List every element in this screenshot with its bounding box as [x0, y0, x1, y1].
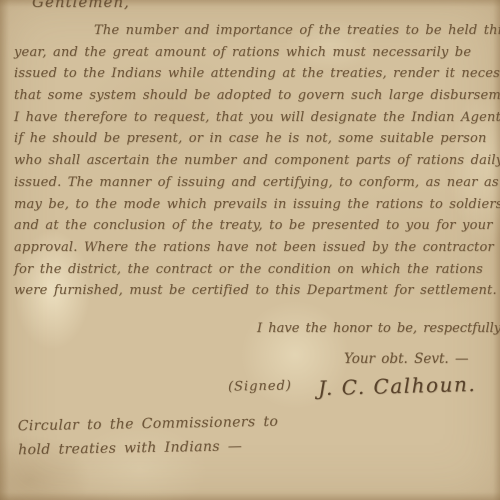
letter-body-line: issued to the Indians while attending at…: [14, 66, 492, 88]
letter-docket-note: Circular to the Commissioners to hold tr…: [18, 414, 279, 466]
letter-body: The number and importance of the treatie…: [14, 23, 492, 305]
signed-annotation: (Signed): [228, 378, 292, 394]
letter-body-line: that some system should be adopted to go…: [14, 88, 492, 110]
letter-body-line: I have therefore to request, that you wi…: [14, 110, 492, 132]
letter-body-line: approval. Where the rations have not bee…: [14, 240, 492, 262]
letter-body-line: who shall ascertain the number and compo…: [14, 153, 492, 175]
letter-closing-servant-line: Your obt. Sevt. —: [344, 351, 468, 367]
letter-body-line: issued. The manner of issuing and certif…: [14, 175, 492, 197]
letter-body-line: for the district, the contract or the co…: [14, 262, 492, 284]
letter-body-line: year, and the great amount of rations wh…: [14, 45, 492, 67]
letter-body-line: may be, to the mode which prevails in is…: [14, 197, 492, 219]
signature-j-c-calhoun: J. C. Calhoun.: [318, 372, 477, 400]
letter-body-line: if he should be present, or in case he i…: [14, 131, 492, 153]
letter-body-line: and at the conclusion of the treaty, to …: [14, 218, 492, 240]
letter-body-line: were furnished, must be certified to thi…: [14, 283, 492, 305]
letter-body-line: The number and importance of the treatie…: [14, 23, 492, 45]
letter-closing-honor-line: I have the honor to be, respectfully: [257, 321, 500, 336]
scanned-letter-page: Gentlemen, The number and importance of …: [0, 0, 500, 500]
letter-salutation: Gentlemen,: [32, 0, 130, 11]
docket-line: hold treaties with Indians —: [18, 437, 279, 465]
